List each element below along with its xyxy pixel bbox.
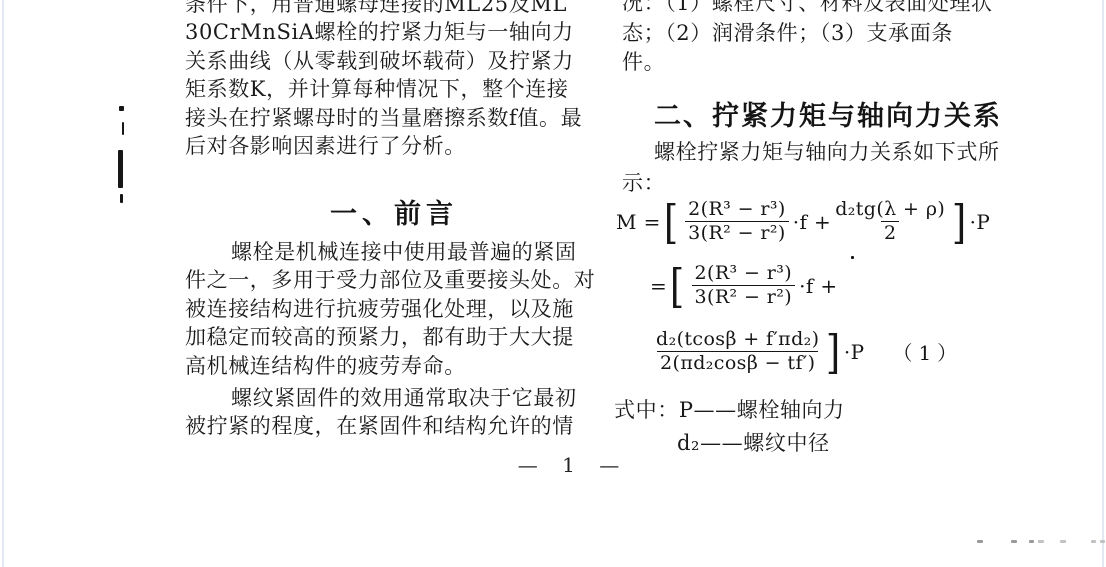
close-bracket: ] [952, 199, 967, 245]
abstract-line: 关系曲线（从零载到破坏载荷）及拧紧力 [185, 47, 603, 75]
abstract-line: 条件下，用普通螺母连接的ML25及ML [185, 0, 603, 18]
dash: —— [700, 431, 743, 455]
continued-paragraph: 况：（1）螺栓尺寸、材料及表面处理状 态；（2）润滑条件；（3）支承面条 件。 [622, 0, 1034, 78]
fraction-numerator: d₂(tcosβ + f′πd₂) [656, 328, 819, 351]
scan-speck [1100, 540, 1105, 543]
paragraph-line: 被拧紧的程度，在紧固件和结构允许的情 [185, 412, 603, 440]
formula-intro: 螺栓拧紧力矩与轴向力关系如下式所 示： [622, 138, 1034, 200]
left-column: 条件下，用普通螺母连接的ML25及ML 30CrMnSiA螺栓的拧紧力矩与一轴向… [185, 0, 603, 567]
scan-speck [122, 122, 124, 135]
paragraph-line: 态；（2）润滑条件；（3）支承面条 [622, 19, 1034, 49]
symbol: P [679, 398, 694, 422]
abstract-line: 接头在拧紧螺母时的当量磨擦系数f值。最 [185, 104, 603, 132]
section-one-heading: 一、前言 [185, 192, 603, 231]
paragraph-line: 加稳定而较高的预紧力，都有助于大大提 [185, 323, 603, 351]
page-left-edge-line [2, 0, 4, 567]
abstract-block: 条件下，用普通螺母连接的ML25及ML 30CrMnSiA螺栓的拧紧力矩与一轴向… [185, 0, 603, 160]
formula-equals: = [650, 274, 667, 298]
fraction-denominator: 2(πd₂cosβ − tf′) [657, 351, 818, 375]
paragraph-line: 螺栓是机械连接中使用最普遍的紧固 [185, 238, 603, 266]
paragraph-line: 螺栓拧紧力矩与轴向力关系如下式所 [622, 138, 1034, 166]
formula-line-2: = [ 2(R³ − r³) 3(R² − r²) ·f + [650, 262, 838, 309]
formula-line-3: d₂(tcosβ + f′πd₂) 2(πd₂cosβ − tf′) ] ·P … [652, 328, 963, 375]
page-number: — 1 — [453, 453, 693, 477]
scan-speck [120, 194, 123, 203]
fraction: 2(R³ − r³) 3(R² − r²) [692, 262, 796, 309]
formula-operator: ·f + [799, 274, 837, 298]
fraction-denominator: 3(R² − r²) [692, 285, 796, 309]
fraction-denominator: 2 [881, 221, 900, 245]
paragraph-line: 件之一，多用于受力部位及重要接头处。对 [185, 266, 603, 294]
open-bracket: [ [664, 199, 679, 245]
symbol-description: 螺栓轴向力 [737, 398, 845, 422]
page-right-edge-line [1102, 0, 1104, 567]
scan-speck [119, 106, 124, 111]
paragraph-line: 螺纹紧固件的效用通常取决于它最初 [185, 384, 603, 412]
where-line-2: d₂——螺纹中径 [677, 427, 830, 457]
symbol-description: 螺纹中径 [743, 431, 829, 455]
fraction-denominator: 3(R² − r²) [685, 221, 789, 245]
section-two-heading: 二、拧紧力矩与轴向力关系 [622, 94, 1034, 133]
paragraph-line: 被连接结构进行抗疲劳强化处理，以及施 [185, 295, 603, 323]
open-bracket: [ [670, 263, 685, 309]
formula-tail: ·P [844, 340, 865, 364]
equation-number: （1） [892, 337, 963, 366]
where-label: 式中： [614, 398, 679, 422]
scan-speck [1091, 540, 1096, 543]
abstract-line: 矩系数K，并计算每种情况下，整个连接 [185, 75, 603, 103]
foreword-paragraph-1: 螺栓是机械连接中使用最普遍的紧固 件之一，多用于受力部位及重要接头处。对 被连接… [185, 238, 603, 380]
paragraph-line: 高机械连结构件的疲劳寿命。 [185, 352, 603, 380]
where-line-1: 式中：P——螺栓轴向力 [614, 394, 845, 424]
right-column: 况：（1）螺栓尺寸、材料及表面处理状 态；（2）润滑条件；（3）支承面条 件。 … [622, 0, 1034, 567]
scan-speck [1060, 540, 1066, 543]
fraction-numerator: 2(R³ − r³) [695, 262, 793, 285]
fraction: d₂(tcosβ + f′πd₂) 2(πd₂cosβ − tf′) [656, 328, 819, 375]
formula-tail: ·P [970, 210, 991, 234]
abstract-line: 30CrMnSiA螺栓的拧紧力矩与一轴向力 [185, 18, 603, 46]
formula-lhs: M = [616, 210, 661, 234]
close-bracket: ] [826, 329, 841, 375]
fraction: 2(R³ − r³) 3(R² − r²) [685, 198, 789, 245]
paragraph-line: 件。 [622, 48, 1034, 78]
fraction-numerator: d₂tg(λ + ρ) [835, 198, 945, 221]
formula-operator: ·f + [793, 210, 831, 234]
formula-line-1: M = [ 2(R³ − r³) 3(R² − r²) ·f + d₂tg(λ … [616, 198, 990, 245]
fraction: d₂tg(λ + ρ) 2 [835, 198, 945, 245]
abstract-line: 后对各影响因素进行了分析。 [185, 132, 603, 160]
dash: —— [694, 398, 737, 422]
paragraph-line: 示： [622, 166, 1034, 200]
scan-speck [118, 150, 123, 188]
paragraph-line: 况：（1）螺栓尺寸、材料及表面处理状 [622, 0, 1034, 19]
symbol: d₂ [677, 431, 700, 455]
foreword-paragraph-2: 螺纹紧固件的效用通常取决于它最初 被拧紧的程度，在紧固件和结构允许的情 [185, 384, 603, 441]
fraction-numerator: 2(R³ − r³) [688, 198, 786, 221]
scan-speck [1038, 540, 1044, 543]
